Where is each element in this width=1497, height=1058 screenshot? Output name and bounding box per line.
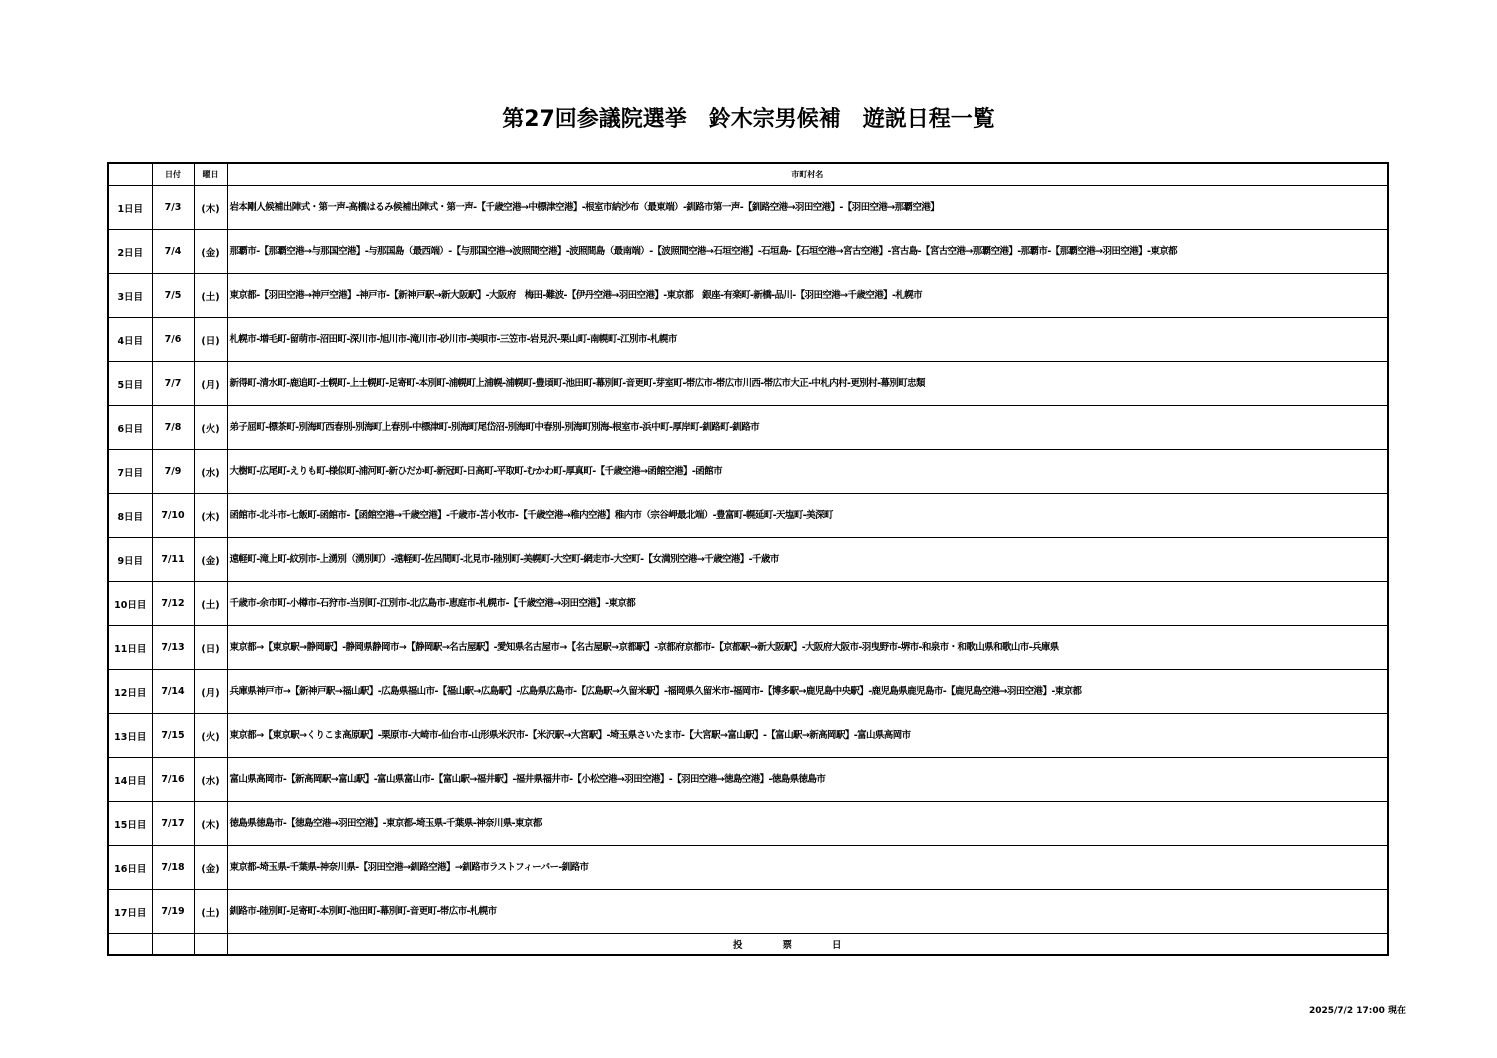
route-cell: 東京都-埼玉県-千葉県-神奈川県-【羽田空港→釧路空港】→釧路市ラストフィーバー… [227, 846, 1388, 890]
header-places: 市町村名 [227, 163, 1388, 186]
day-cell: 7日目 [108, 450, 152, 494]
day-cell: 8日目 [108, 494, 152, 538]
date-cell: 7/9 [152, 450, 194, 494]
timestamp: 2025/7/2 17:00 現在 [1260, 1003, 1406, 1016]
weekday-cell: (土) [194, 274, 227, 318]
weekday-cell: (金) [194, 846, 227, 890]
route-cell: 東京都→【東京駅→静岡駅】-静岡県静岡市→【静岡駅→名古屋駅】-愛知県名古屋市→… [227, 626, 1388, 670]
date-cell: 7/18 [152, 846, 194, 890]
title-text: 第27回参議院選挙 鈴木宗男候補 遊説日程一覧 [502, 102, 995, 133]
weekday-cell: (金) [194, 538, 227, 582]
day-cell: 12日目 [108, 670, 152, 714]
date-cell: 7/14 [152, 670, 194, 714]
voting-day-empty-2 [152, 934, 194, 956]
date-cell: 7/11 [152, 538, 194, 582]
table-row: 8日目7/10(木)函館市-北斗市-七飯町-函館市-【函館空港→千歳空港】-千歳… [108, 494, 1388, 538]
date-cell: 7/7 [152, 362, 194, 406]
day-cell: 1日目 [108, 186, 152, 230]
table-row: 7日目7/9(水)大樹町-広尾町-えりも町-様似町-浦河町-新ひだか町-新冠町-… [108, 450, 1388, 494]
voting-day-label: 投票日 [227, 934, 1388, 956]
route-cell: 岩本剛人候補出陣式・第一声-高橋はるみ候補出陣式・第一声-【千歳空港→中標津空港… [227, 186, 1388, 230]
date-cell: 7/12 [152, 582, 194, 626]
weekday-cell: (日) [194, 626, 227, 670]
route-cell: 釧路市-陸別町-足寄町-本別町-池田町-幕別町-音更町-帯広市-札幌市 [227, 890, 1388, 934]
weekday-cell: (木) [194, 186, 227, 230]
route-cell: 富山県高岡市-【新高岡駅→富山駅】-富山県富山市-【富山駅→福井駅】-福井県福井… [227, 758, 1388, 802]
weekday-cell: (水) [194, 450, 227, 494]
date-cell: 7/19 [152, 890, 194, 934]
header-weekday: 曜日 [194, 163, 227, 186]
table-row: 10日目7/12(土)千歳市-余市町-小樽市-石狩市-当別町-江別市-北広島市-… [108, 582, 1388, 626]
date-cell: 7/3 [152, 186, 194, 230]
route-cell: 千歳市-余市町-小樽市-石狩市-当別町-江別市-北広島市-恵庭市-札幌市-【千歳… [227, 582, 1388, 626]
table-row: 13日目7/15(火)東京都→【東京駅→くりこま高原駅】-栗原市-大崎市-仙台市… [108, 714, 1388, 758]
date-cell: 7/4 [152, 230, 194, 274]
route-cell: 那覇市-【那覇空港→与那国空港】-与那国島（最西端）-【与那国空港→波照間空港】… [227, 230, 1388, 274]
route-cell: 新得町-清水町-鹿追町-士幌町-上士幌町-足寄町-本別町-浦幌町上浦幌-浦幌町-… [227, 362, 1388, 406]
weekday-cell: (日) [194, 318, 227, 362]
table-row: 17日目7/19(土)釧路市-陸別町-足寄町-本別町-池田町-幕別町-音更町-帯… [108, 890, 1388, 934]
date-cell: 7/8 [152, 406, 194, 450]
table-row: 5日目7/7(月)新得町-清水町-鹿追町-士幌町-上士幌町-足寄町-本別町-浦幌… [108, 362, 1388, 406]
day-cell: 17日目 [108, 890, 152, 934]
table-row: 12日目7/14(月)兵庫県神戸市→【新神戸駅→福山駅】-広島県福山市-【福山駅… [108, 670, 1388, 714]
date-cell: 7/17 [152, 802, 194, 846]
table-row: 1日目7/3(木)岩本剛人候補出陣式・第一声-高橋はるみ候補出陣式・第一声-【千… [108, 186, 1388, 230]
voting-day-row: 投票日 [108, 934, 1388, 956]
weekday-cell: (水) [194, 758, 227, 802]
day-cell: 11日目 [108, 626, 152, 670]
day-cell: 5日目 [108, 362, 152, 406]
weekday-cell: (木) [194, 802, 227, 846]
schedule-table: 日付 曜日 市町村名 1日目7/3(木)岩本剛人候補出陣式・第一声-高橋はるみ候… [107, 162, 1389, 956]
table-row: 6日目7/8(火)弟子屈町-標茶町-別海町西春別-別海町上春別-中標津町-別海町… [108, 406, 1388, 450]
day-cell: 9日目 [108, 538, 152, 582]
header-day [108, 163, 152, 186]
voting-day-empty-1 [108, 934, 152, 956]
date-cell: 7/13 [152, 626, 194, 670]
table-row: 14日目7/16(水)富山県高岡市-【新高岡駅→富山駅】-富山県富山市-【富山駅… [108, 758, 1388, 802]
weekday-cell: (火) [194, 714, 227, 758]
day-cell: 14日目 [108, 758, 152, 802]
weekday-cell: (月) [194, 670, 227, 714]
day-cell: 13日目 [108, 714, 152, 758]
weekday-cell: (木) [194, 494, 227, 538]
route-cell: 遠軽町-滝上町-紋別市-上湧別（湧別町）-遠軽町-佐呂間町-北見市-陸別町-美幌… [227, 538, 1388, 582]
table-row: 15日目7/17(木)徳島県徳島市-【徳島空港→羽田空港】-東京都-埼玉県-千葉… [108, 802, 1388, 846]
day-cell: 6日目 [108, 406, 152, 450]
day-cell: 16日目 [108, 846, 152, 890]
table-row: 3日目7/5(土)東京都-【羽田空港→神戸空港】-神戸市-【新神戸駅→新大阪駅】… [108, 274, 1388, 318]
day-cell: 3日目 [108, 274, 152, 318]
date-cell: 7/10 [152, 494, 194, 538]
weekday-cell: (土) [194, 890, 227, 934]
table-row: 9日目7/11(金)遠軽町-滝上町-紋別市-上湧別（湧別町）-遠軽町-佐呂間町-… [108, 538, 1388, 582]
voting-day-empty-3 [194, 934, 227, 956]
date-cell: 7/6 [152, 318, 194, 362]
route-cell: 札幌市-増毛町-留萌市-沼田町-深川市-旭川市-滝川市-砂川市-美唄市-三笠市-… [227, 318, 1388, 362]
table-header-row: 日付 曜日 市町村名 [108, 163, 1388, 186]
route-cell: 函館市-北斗市-七飯町-函館市-【函館空港→千歳空港】-千歳市-苫小牧市-【千歳… [227, 494, 1388, 538]
weekday-cell: (土) [194, 582, 227, 626]
route-cell: 兵庫県神戸市→【新神戸駅→福山駅】-広島県福山市-【福山駅→広島駅】-広島県広島… [227, 670, 1388, 714]
route-cell: 東京都-【羽田空港→神戸空港】-神戸市-【新神戸駅→新大阪駅】-大阪府 梅田-難… [227, 274, 1388, 318]
day-cell: 15日目 [108, 802, 152, 846]
weekday-cell: (月) [194, 362, 227, 406]
date-cell: 7/5 [152, 274, 194, 318]
day-cell: 2日目 [108, 230, 152, 274]
route-cell: 東京都→【東京駅→くりこま高原駅】-栗原市-大崎市-仙台市-山形県米沢市-【米沢… [227, 714, 1388, 758]
route-cell: 徳島県徳島市-【徳島空港→羽田空港】-東京都-埼玉県-千葉県-神奈川県-東京都 [227, 802, 1388, 846]
table-row: 4日目7/6(日)札幌市-増毛町-留萌市-沼田町-深川市-旭川市-滝川市-砂川市… [108, 318, 1388, 362]
route-cell: 弟子屈町-標茶町-別海町西春別-別海町上春別-中標津町-別海町尾岱沼-別海町中春… [227, 406, 1388, 450]
table-row: 2日目7/4(金)那覇市-【那覇空港→与那国空港】-与那国島（最西端）-【与那国… [108, 230, 1388, 274]
weekday-cell: (火) [194, 406, 227, 450]
page-title: 第27回参議院選挙 鈴木宗男候補 遊説日程一覧 [0, 102, 1497, 133]
table-row: 16日目7/18(金)東京都-埼玉県-千葉県-神奈川県-【羽田空港→釧路空港】→… [108, 846, 1388, 890]
route-cell: 大樹町-広尾町-えりも町-様似町-浦河町-新ひだか町-新冠町-日高町-平取町-む… [227, 450, 1388, 494]
header-date: 日付 [152, 163, 194, 186]
day-cell: 4日目 [108, 318, 152, 362]
day-cell: 10日目 [108, 582, 152, 626]
table-row: 11日目7/13(日)東京都→【東京駅→静岡駅】-静岡県静岡市→【静岡駅→名古屋… [108, 626, 1388, 670]
date-cell: 7/15 [152, 714, 194, 758]
weekday-cell: (金) [194, 230, 227, 274]
date-cell: 7/16 [152, 758, 194, 802]
